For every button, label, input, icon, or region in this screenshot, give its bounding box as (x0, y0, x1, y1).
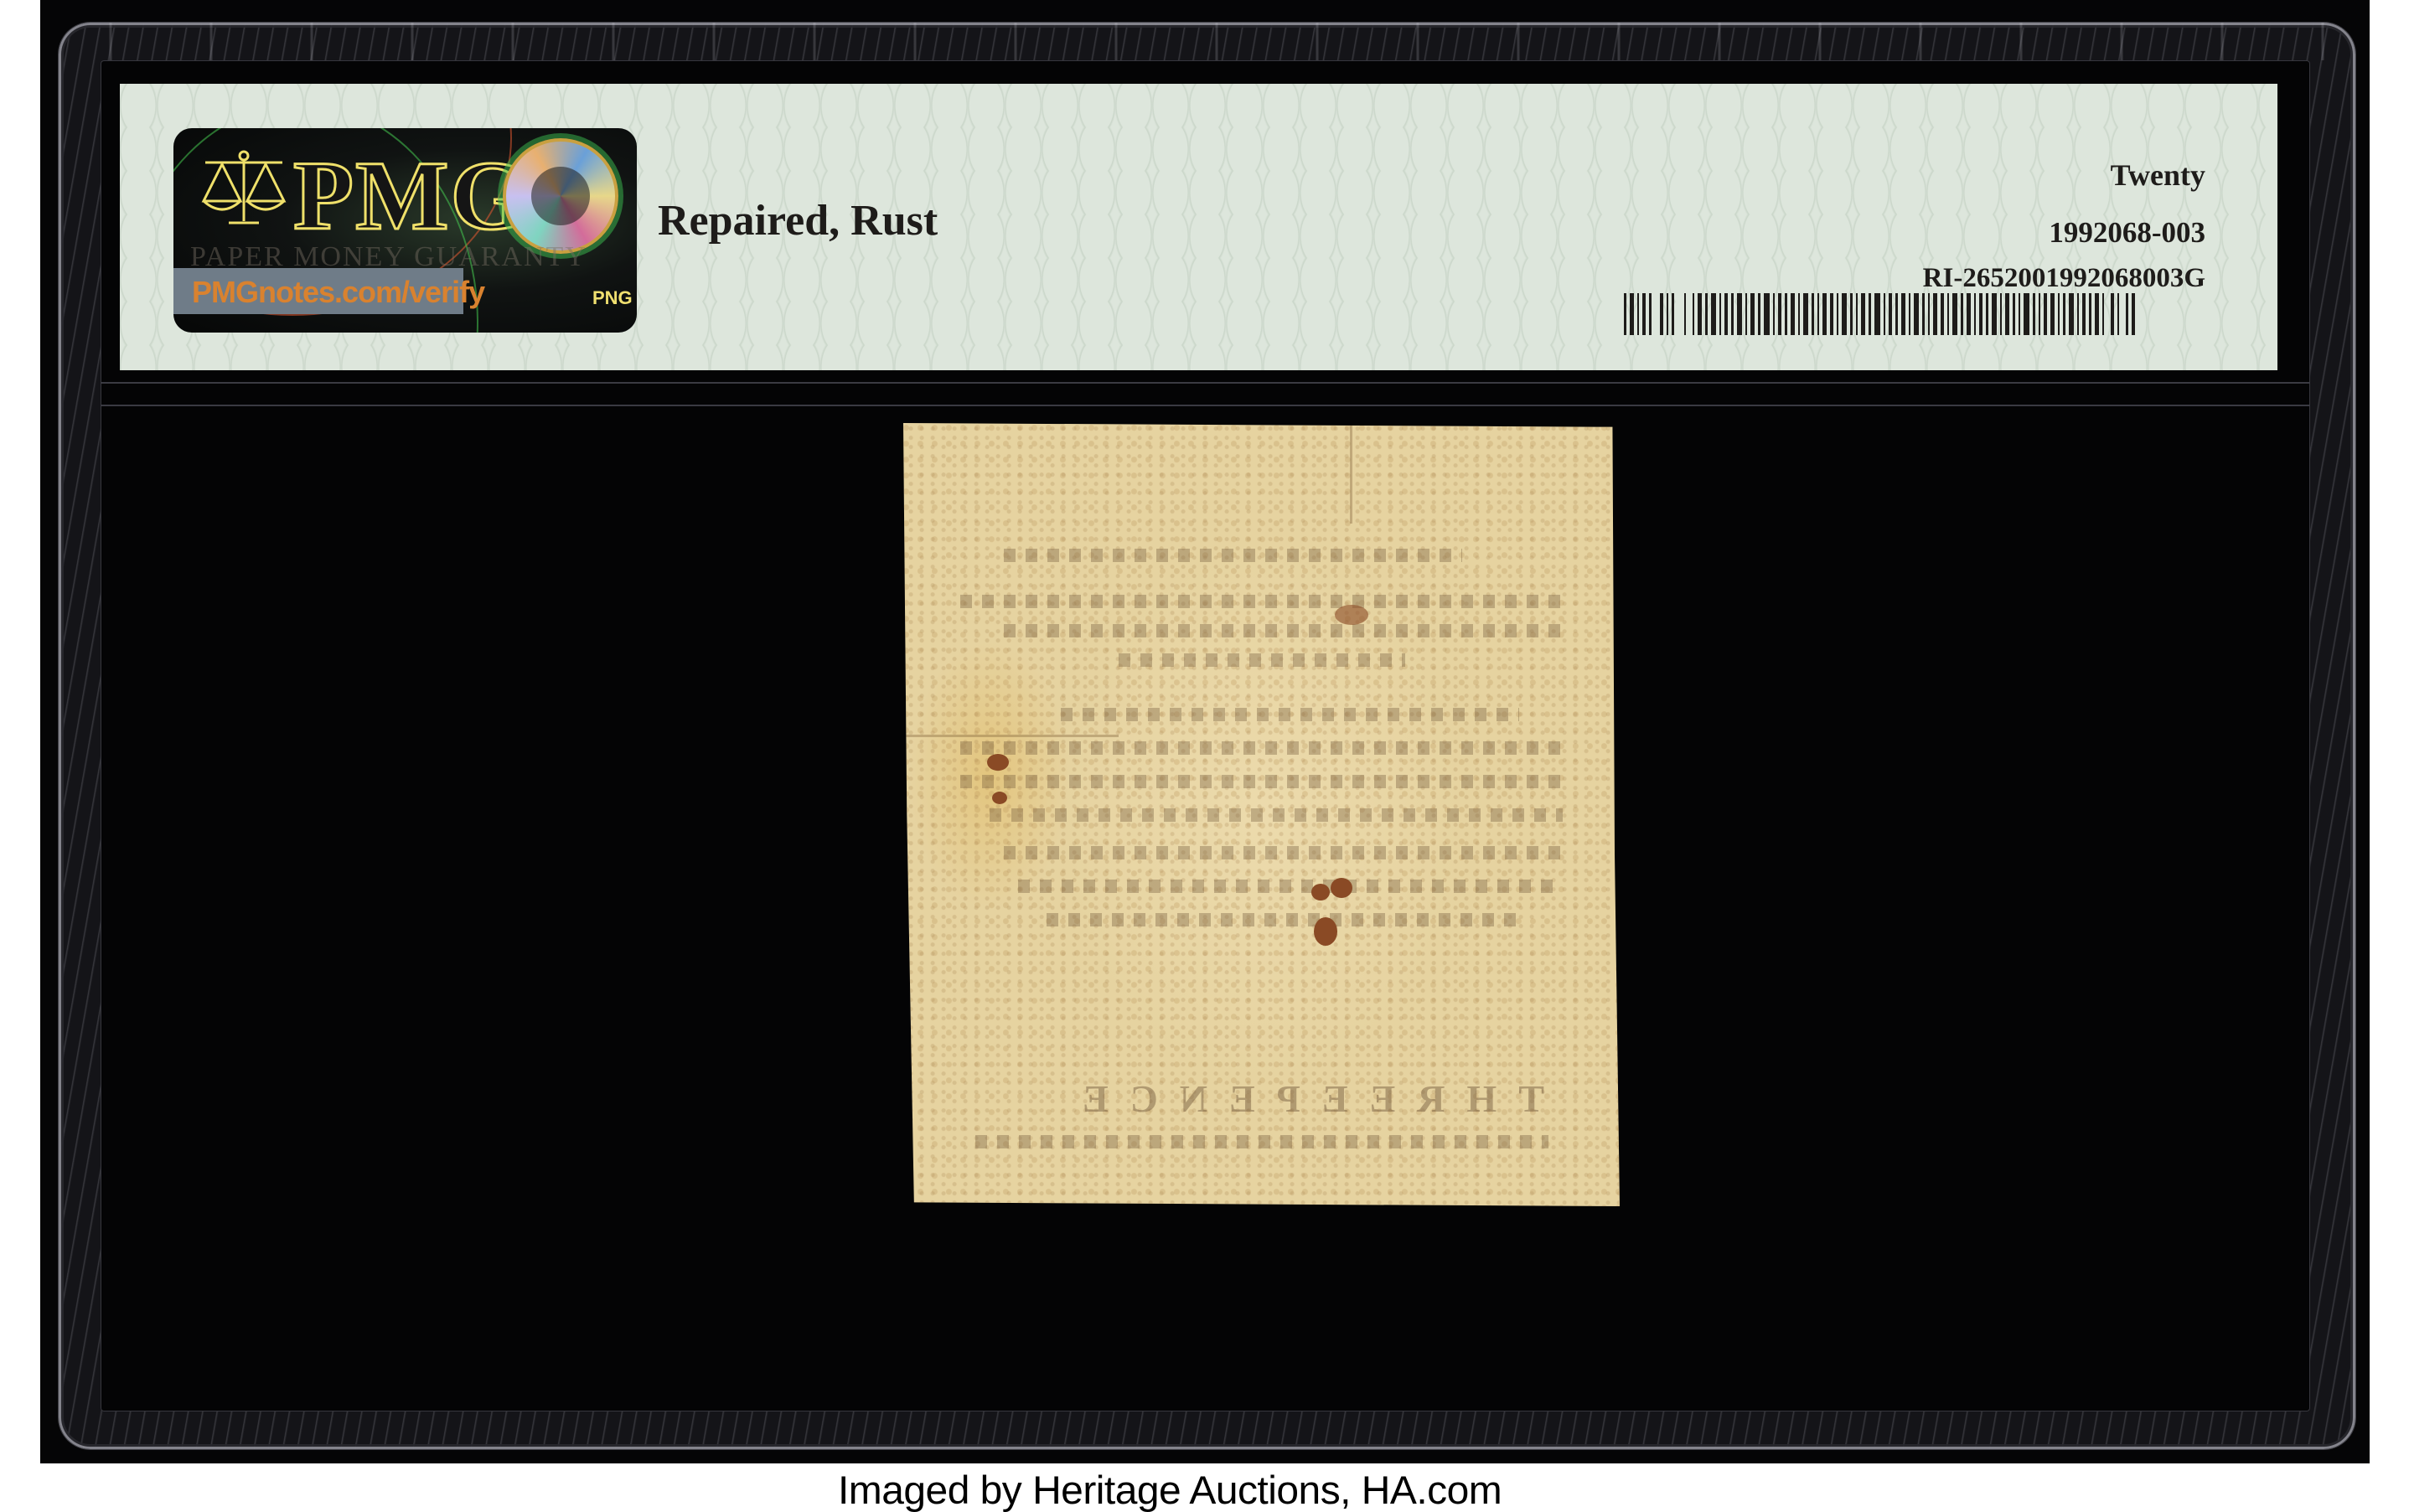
hologram-seal-icon (503, 138, 618, 254)
note-print-line (1004, 549, 1462, 562)
note-print-line (990, 808, 1563, 822)
note-print-line (1004, 624, 1563, 637)
note-print-line (1004, 846, 1563, 859)
rust-spot (1331, 878, 1352, 898)
note-print-line (1119, 653, 1405, 667)
note-tear (903, 735, 1119, 737)
reference-code: RI-2652001992068003G (1923, 263, 2205, 294)
pmg-hologram: PMG PAPER MONEY GUARANTY PMGnotes.com/ve… (173, 128, 637, 333)
barcode (1624, 293, 2205, 335)
banknote-back: THREEPENCE (903, 423, 1620, 1206)
rust-spot (987, 754, 1009, 771)
well-divider-line (101, 382, 2310, 384)
note-print-line (1018, 880, 1563, 893)
grading-label: PMG PAPER MONEY GUARANTY PMGnotes.com/ve… (120, 84, 2277, 370)
note-print-line (1061, 708, 1519, 721)
denomination: Twenty (2111, 157, 2205, 193)
rust-spot (1311, 884, 1330, 900)
note-crease (1350, 423, 1352, 524)
note-print-line (960, 775, 1562, 788)
note-print-line (960, 741, 1562, 755)
note-value-text: THREEPENCE (1061, 1076, 1544, 1121)
note-print-line (1047, 913, 1519, 926)
verify-bar: PMGnotes.com/verify (173, 268, 463, 314)
rust-spot (992, 792, 1007, 804)
rust-spot (1335, 605, 1368, 625)
pmg-logo-text: PMG (293, 147, 529, 245)
well-divider-line (101, 405, 2310, 406)
image-credit-caption: Imaged by Heritage Auctions, HA.com (838, 1467, 1502, 1512)
verify-url[interactable]: PMGnotes.com/verify (192, 275, 484, 310)
note-print-line (960, 595, 1562, 608)
png-tag: PNG (592, 287, 633, 309)
cert-number: 1992068-003 (2049, 216, 2205, 250)
scales-of-justice-icon (199, 149, 289, 229)
rust-spot (1314, 917, 1337, 946)
note-print-line (975, 1135, 1548, 1148)
holder-ridge (59, 23, 2355, 60)
grade-comment: Repaired, Rust (658, 196, 938, 245)
